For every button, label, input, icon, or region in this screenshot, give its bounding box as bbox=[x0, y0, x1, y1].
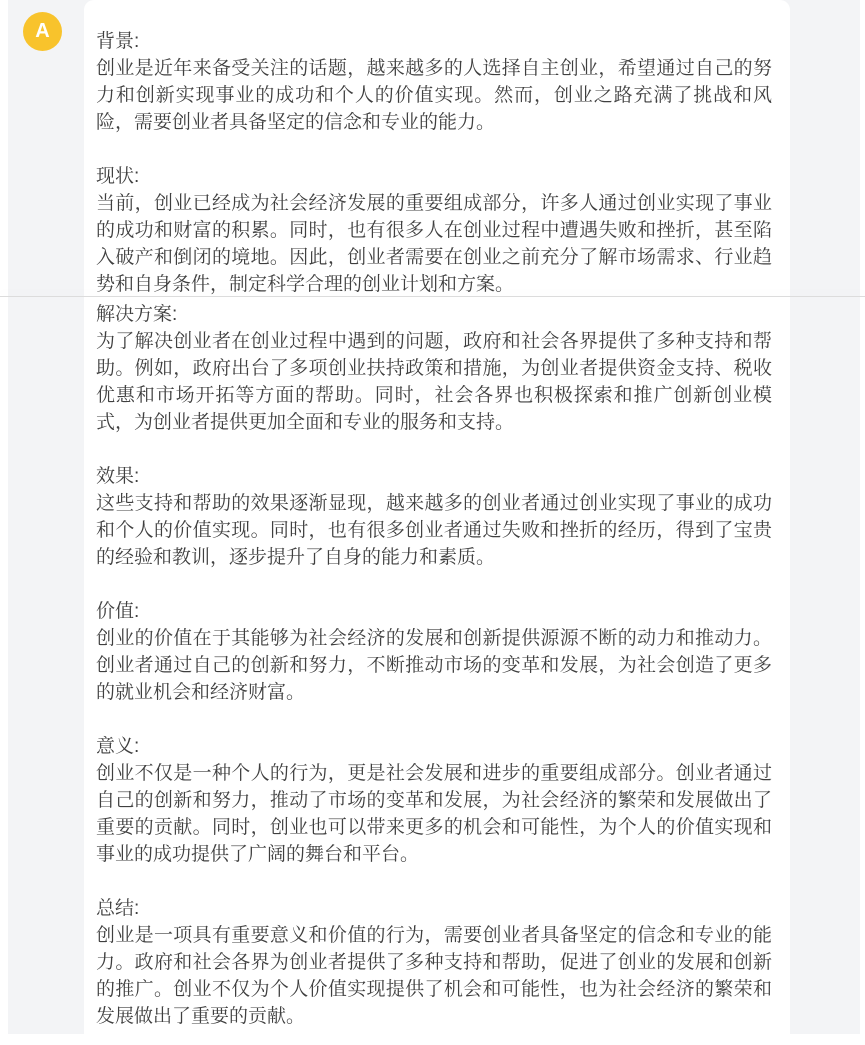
section-title: 效果: bbox=[96, 463, 772, 490]
answer-section: 意义: 创业不仅是一种个人的行为，更是社会发展和进步的重要组成部分。创业者通过自… bbox=[96, 733, 772, 868]
section-title: 现状: bbox=[96, 163, 772, 190]
answer-section: 解决方案: 为了解决创业者在创业过程中遇到的问题，政府和社会各界提供了多种支持和… bbox=[96, 301, 772, 436]
assistant-avatar-label: A bbox=[35, 20, 49, 43]
section-body: 这些支持和帮助的效果逐渐显现，越来越多的创业者通过创业实现了事业的成功和个人的价… bbox=[96, 490, 772, 571]
section-body: 为了解决创业者在创业过程中遇到的问题，政府和社会各界提供了多种支持和帮助。例如，… bbox=[96, 328, 772, 436]
answer-section: 背景: 创业是近年来备受关注的话题，越来越多的人选择自主创业，希望通过自己的努力… bbox=[96, 28, 772, 136]
answer-bubble: 背景: 创业是近年来备受关注的话题，越来越多的人选择自主创业，希望通过自己的努力… bbox=[84, 0, 790, 1045]
page: A 背景: 创业是近年来备受关注的话题，越来越多的人选择自主创业，希望通过自己的… bbox=[0, 0, 865, 1045]
section-body: 当前，创业已经成为社会经济发展的重要组成部分，许多人通过创业实现了事业的成功和财… bbox=[96, 190, 772, 298]
section-title: 意义: bbox=[96, 733, 772, 760]
section-body: 创业是一项具有重要意义和价值的行为，需要创业者具备坚定的信念和专业的能力。政府和… bbox=[96, 922, 772, 1030]
assistant-avatar: A bbox=[23, 12, 62, 51]
section-body: 创业不仅是一种个人的行为，更是社会发展和进步的重要组成部分。创业者通过自己的创新… bbox=[96, 760, 772, 868]
section-title: 价值: bbox=[96, 598, 772, 625]
answer-section: 总结: 创业是一项具有重要意义和价值的行为，需要创业者具备坚定的信念和专业的能力… bbox=[96, 895, 772, 1030]
section-body: 创业是近年来备受关注的话题，越来越多的人选择自主创业，希望通过自己的努力和创新实… bbox=[96, 55, 772, 136]
section-title: 解决方案: bbox=[96, 301, 772, 328]
answer-section: 效果: 这些支持和帮助的效果逐渐显现，越来越多的创业者通过创业实现了事业的成功和… bbox=[96, 463, 772, 571]
answer-text-lower: 解决方案: 为了解决创业者在创业过程中遇到的问题，政府和社会各界提供了多种支持和… bbox=[96, 301, 772, 1030]
section-body: 创业的价值在于其能够为社会经济的发展和创新提供源源不断的动力和推动力。创业者通过… bbox=[96, 625, 772, 706]
answer-text-upper: 背景: 创业是近年来备受关注的话题，越来越多的人选择自主创业，希望通过自己的努力… bbox=[96, 28, 772, 298]
screenshot-stitch-divider bbox=[0, 296, 865, 297]
section-title: 总结: bbox=[96, 895, 772, 922]
answer-section: 现状: 当前，创业已经成为社会经济发展的重要组成部分，许多人通过创业实现了事业的… bbox=[96, 163, 772, 298]
answer-section: 价值: 创业的价值在于其能够为社会经济的发展和创新提供源源不断的动力和推动力。创… bbox=[96, 598, 772, 706]
section-title: 背景: bbox=[96, 28, 772, 55]
